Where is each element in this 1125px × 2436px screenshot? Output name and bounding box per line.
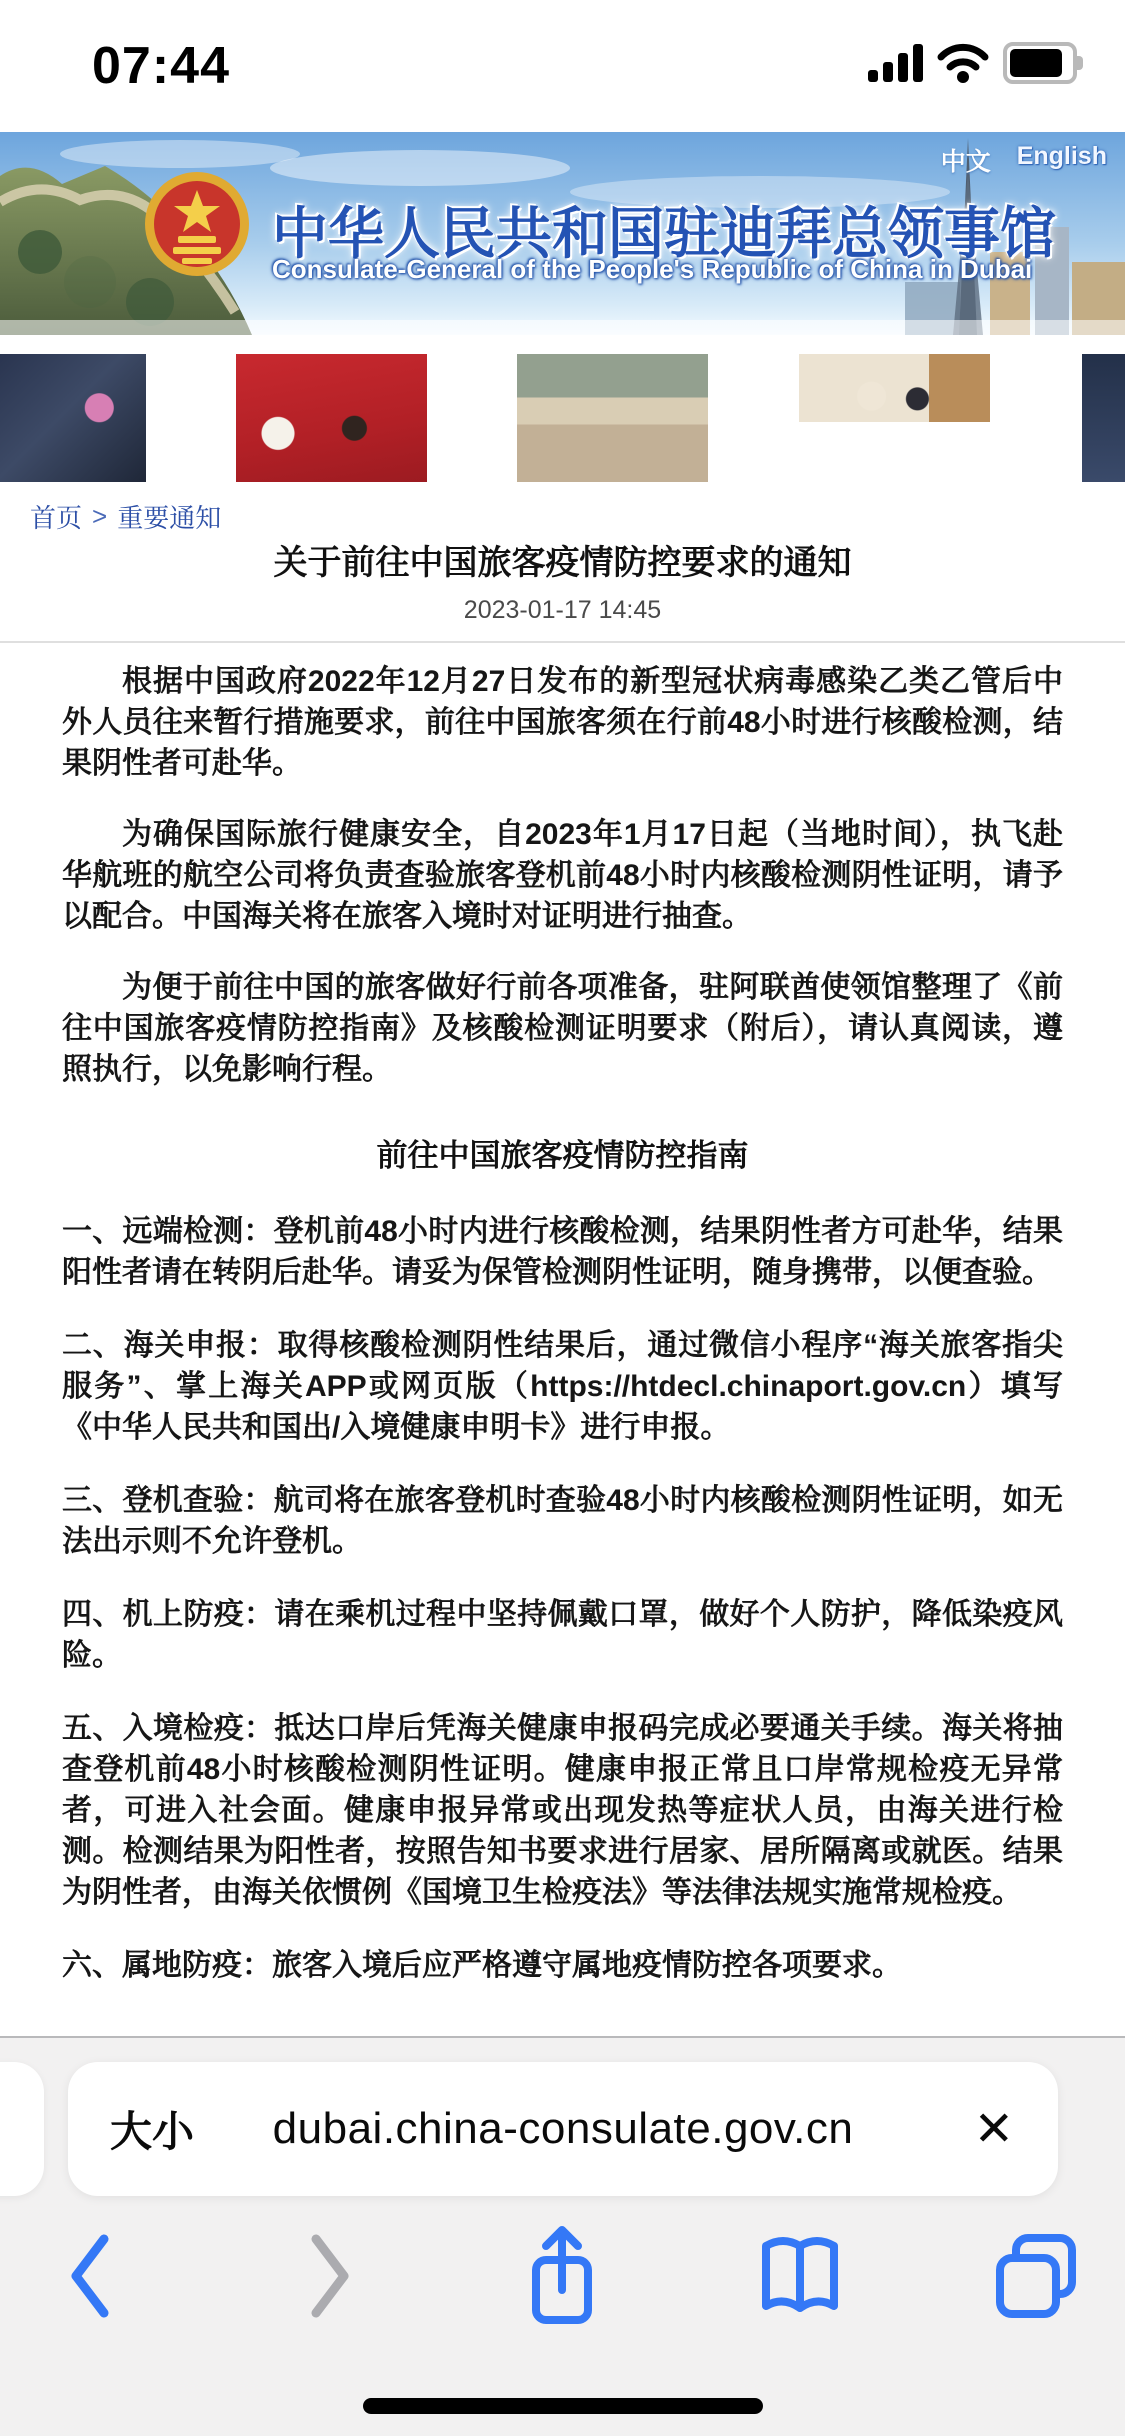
lang-link-chinese[interactable]: 中文	[941, 142, 991, 178]
paragraph: 根据中国政府2022年12月27日发布的新型冠状病毒感染乙类乙管后中外人员往来暂…	[62, 661, 1063, 784]
breadcrumb-separator: >	[92, 501, 107, 532]
guide-item-5: 五、入境检疫：抵达口岸后凭海关健康申报码完成必要通关手续。海关将抽查登机前48小…	[62, 1708, 1063, 1913]
guide-item-6: 六、属地防疫：旅客入境后应严格遵守属地疫情防控各项要求。	[62, 1945, 1063, 1986]
share-icon	[522, 2224, 602, 2328]
tabs-icon	[992, 2232, 1080, 2320]
forward-button[interactable]	[270, 2216, 390, 2336]
guide-item-2: 二、海关申报：取得核酸检测阴性结果后，通过微信小程序“海关旅客指尖服务”、掌上海…	[62, 1325, 1063, 1448]
battery-icon	[1003, 42, 1077, 84]
cellular-signal-icon	[868, 44, 923, 82]
wifi-icon	[937, 43, 989, 83]
language-switcher: 中文 English	[941, 142, 1107, 178]
stop-loading-button[interactable]: ✕	[974, 2101, 1014, 2157]
bookmarks-button[interactable]	[740, 2216, 860, 2336]
site-banner: 中华人民共和国驻迪拜总领事馆 Consulate-General of the …	[0, 132, 1125, 335]
guide-item-3: 三、登机查验：航司将在旅客登机时查验48小时内核酸检测阴性证明，如无法出示则不允…	[62, 1480, 1063, 1562]
article-body: 根据中国政府2022年12月27日发布的新型冠状病毒感染乙类乙管后中外人员往来暂…	[0, 643, 1125, 1986]
guide-item-1: 一、远端检测：登机前48小时内进行核酸检测，结果阴性者方可赴华，结果阳性者请在转…	[62, 1211, 1063, 1293]
status-bar: 07:44	[0, 0, 1125, 110]
breadcrumb-current[interactable]: 重要通知	[117, 498, 221, 535]
status-icons	[868, 42, 1077, 84]
book-icon	[758, 2234, 842, 2318]
browser-toolbar	[0, 2216, 1125, 2346]
news-photo-3[interactable]	[517, 354, 708, 482]
news-photo-5[interactable]	[1082, 354, 1125, 482]
guide-item-4: 四、机上防疫：请在乘机过程中坚持佩戴口罩，做好个人防护，降低染疫风险。	[62, 1594, 1063, 1676]
clock: 07:44	[92, 36, 230, 96]
tabs-button[interactable]	[976, 2216, 1096, 2336]
adjacent-tab-pill[interactable]	[0, 2062, 44, 2196]
address-bar[interactable]: 大小 dubai.china-consulate.gov.cn ✕	[68, 2062, 1058, 2196]
news-photo-1[interactable]	[0, 354, 146, 482]
news-photo-2[interactable]	[236, 354, 427, 482]
breadcrumb-home-link[interactable]: 首页	[30, 498, 82, 535]
guide-heading: 前往中国旅客疫情防控指南	[62, 1130, 1063, 1175]
news-photo-4[interactable]	[799, 354, 990, 422]
url-text[interactable]: dubai.china-consulate.gov.cn	[68, 2104, 1058, 2154]
breadcrumb: 首页 > 重要通知	[30, 498, 221, 535]
article: 关于前往中国旅客疫情防控要求的通知 2023-01-17 14:45 根据中国政…	[0, 540, 1125, 1986]
article-date: 2023-01-17 14:45	[0, 596, 1125, 625]
text-size-button[interactable]: 大小	[110, 2099, 194, 2159]
news-photo-strip	[0, 335, 1125, 491]
forward-chevron-icon	[300, 2231, 360, 2321]
paragraph: 为确保国际旅行健康安全，自2023年1月17日起（当地时间），执飞赴华航班的航空…	[62, 814, 1063, 937]
site-title-english: Consulate-General of the People's Republ…	[272, 254, 1032, 285]
browser-chrome: 大小 dubai.china-consulate.gov.cn ✕	[0, 2036, 1125, 2436]
back-button[interactable]	[30, 2216, 150, 2336]
lang-link-english[interactable]: English	[1017, 142, 1107, 178]
share-button[interactable]	[502, 2216, 622, 2336]
paragraph: 为便于前往中国的旅客做好行前各项准备，驻阿联酋使领馆整理了《前往中国旅客疫情防控…	[62, 967, 1063, 1090]
home-indicator[interactable]	[363, 2398, 763, 2414]
article-title: 关于前往中国旅客疫情防控要求的通知	[0, 540, 1125, 586]
back-chevron-icon	[60, 2231, 120, 2321]
